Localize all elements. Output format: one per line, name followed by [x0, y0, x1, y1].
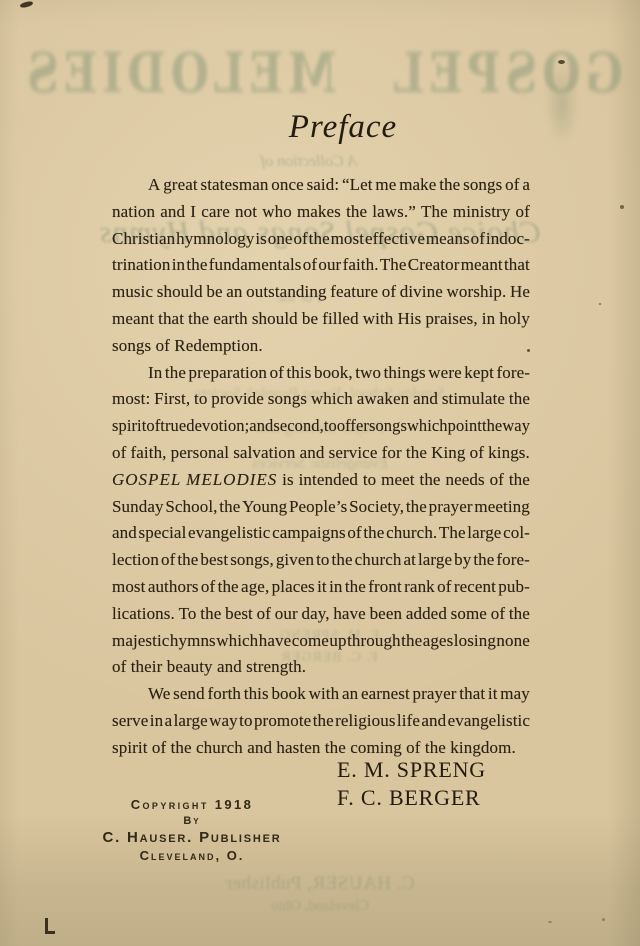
ink-speck — [620, 205, 624, 209]
text-line: songs of Redemption. — [112, 333, 530, 360]
bleedthrough-book-title: GOSPEL MELODIES — [91, 41, 623, 106]
text-line: lectionofthebestsongs,giventothechurchat… — [112, 547, 530, 574]
copyright-city-line: Cleveland, O. — [40, 847, 344, 864]
text-line: andspecialevangelisticcampaignsofthechur… — [112, 520, 530, 547]
scanned-book-page: GOSPEL MELODIES A Collection of Choice G… — [0, 0, 640, 946]
text-line: Christianhymnologyisoneofthemosteffectiv… — [112, 226, 530, 253]
signature-berger: F. C. BERGER — [337, 784, 486, 812]
text-line: majestichymnswhichhavecomeupthroughtheag… — [112, 628, 530, 655]
bleedthrough-publisher: C. HAUSER, Publisher — [0, 873, 640, 895]
text-line: offaith,personalsalvationandserviceforth… — [112, 440, 530, 467]
text-line: Agreatstatesmanoncesaid:“Letmemaketheson… — [112, 172, 530, 199]
ink-speck — [602, 918, 605, 921]
text-line: meantthattheearthshouldbefilledwithHispr… — [112, 306, 530, 333]
copyright-year-line: Copyright 1918 — [40, 796, 344, 813]
copyright-publisher-line: C. Hauser. Publisher — [40, 829, 344, 847]
text-line: trinationinthefundamentalsofourfaith.The… — [112, 252, 530, 279]
text-line: Wesendforththisbookwithanearnestprayerth… — [112, 681, 530, 708]
preface-paragraphs: Agreatstatesmanoncesaid:“Letmemaketheson… — [112, 172, 530, 762]
bleedthrough-collection-line: A Collection of — [0, 153, 640, 171]
text-line: most:First,toprovidesongswhichawakenands… — [112, 386, 530, 413]
ink-speck — [558, 60, 565, 64]
copyright-by-line: By — [40, 813, 344, 829]
text-line: mostauthorsoftheage,placesitinthefrontra… — [112, 574, 530, 601]
ink-speck — [548, 921, 552, 923]
copyright-block: Copyright 1918 By C. Hauser. Publisher C… — [40, 796, 344, 864]
text-line: SundaySchool,theYoungPeople’sSociety,the… — [112, 494, 530, 521]
signature-block: E. M. SPRENG F. C. BERGER — [337, 756, 486, 812]
signature-spreng: E. M. SPRENG — [337, 756, 486, 784]
text-line: nationandIcarenotwhomakesthelaws.”Themin… — [112, 199, 530, 226]
page-title: Preface — [112, 109, 552, 146]
ink-speck — [20, 1, 34, 9]
text-line: lications.Tothebestofourday,havebeenadde… — [112, 601, 530, 628]
bleedthrough-city: Cleveland, Ohio — [0, 898, 640, 915]
text-line: spiritoftruedevotion;andsecond,toofferso… — [112, 413, 516, 440]
text-line: GOSPELMELODIESisintendedtomeettheneedsof… — [112, 467, 530, 494]
text-line: serveinalargewaytopromotethereligiouslif… — [112, 708, 530, 735]
ink-speck — [599, 303, 601, 305]
text-line: Inthepreparationofthisbook,twothingswere… — [112, 360, 530, 387]
corner-registration-mark — [45, 918, 55, 934]
text-line: of their beauty and strength. — [112, 654, 530, 681]
text-line: musicshouldbeanoutstandingfeatureofdivin… — [112, 279, 530, 306]
